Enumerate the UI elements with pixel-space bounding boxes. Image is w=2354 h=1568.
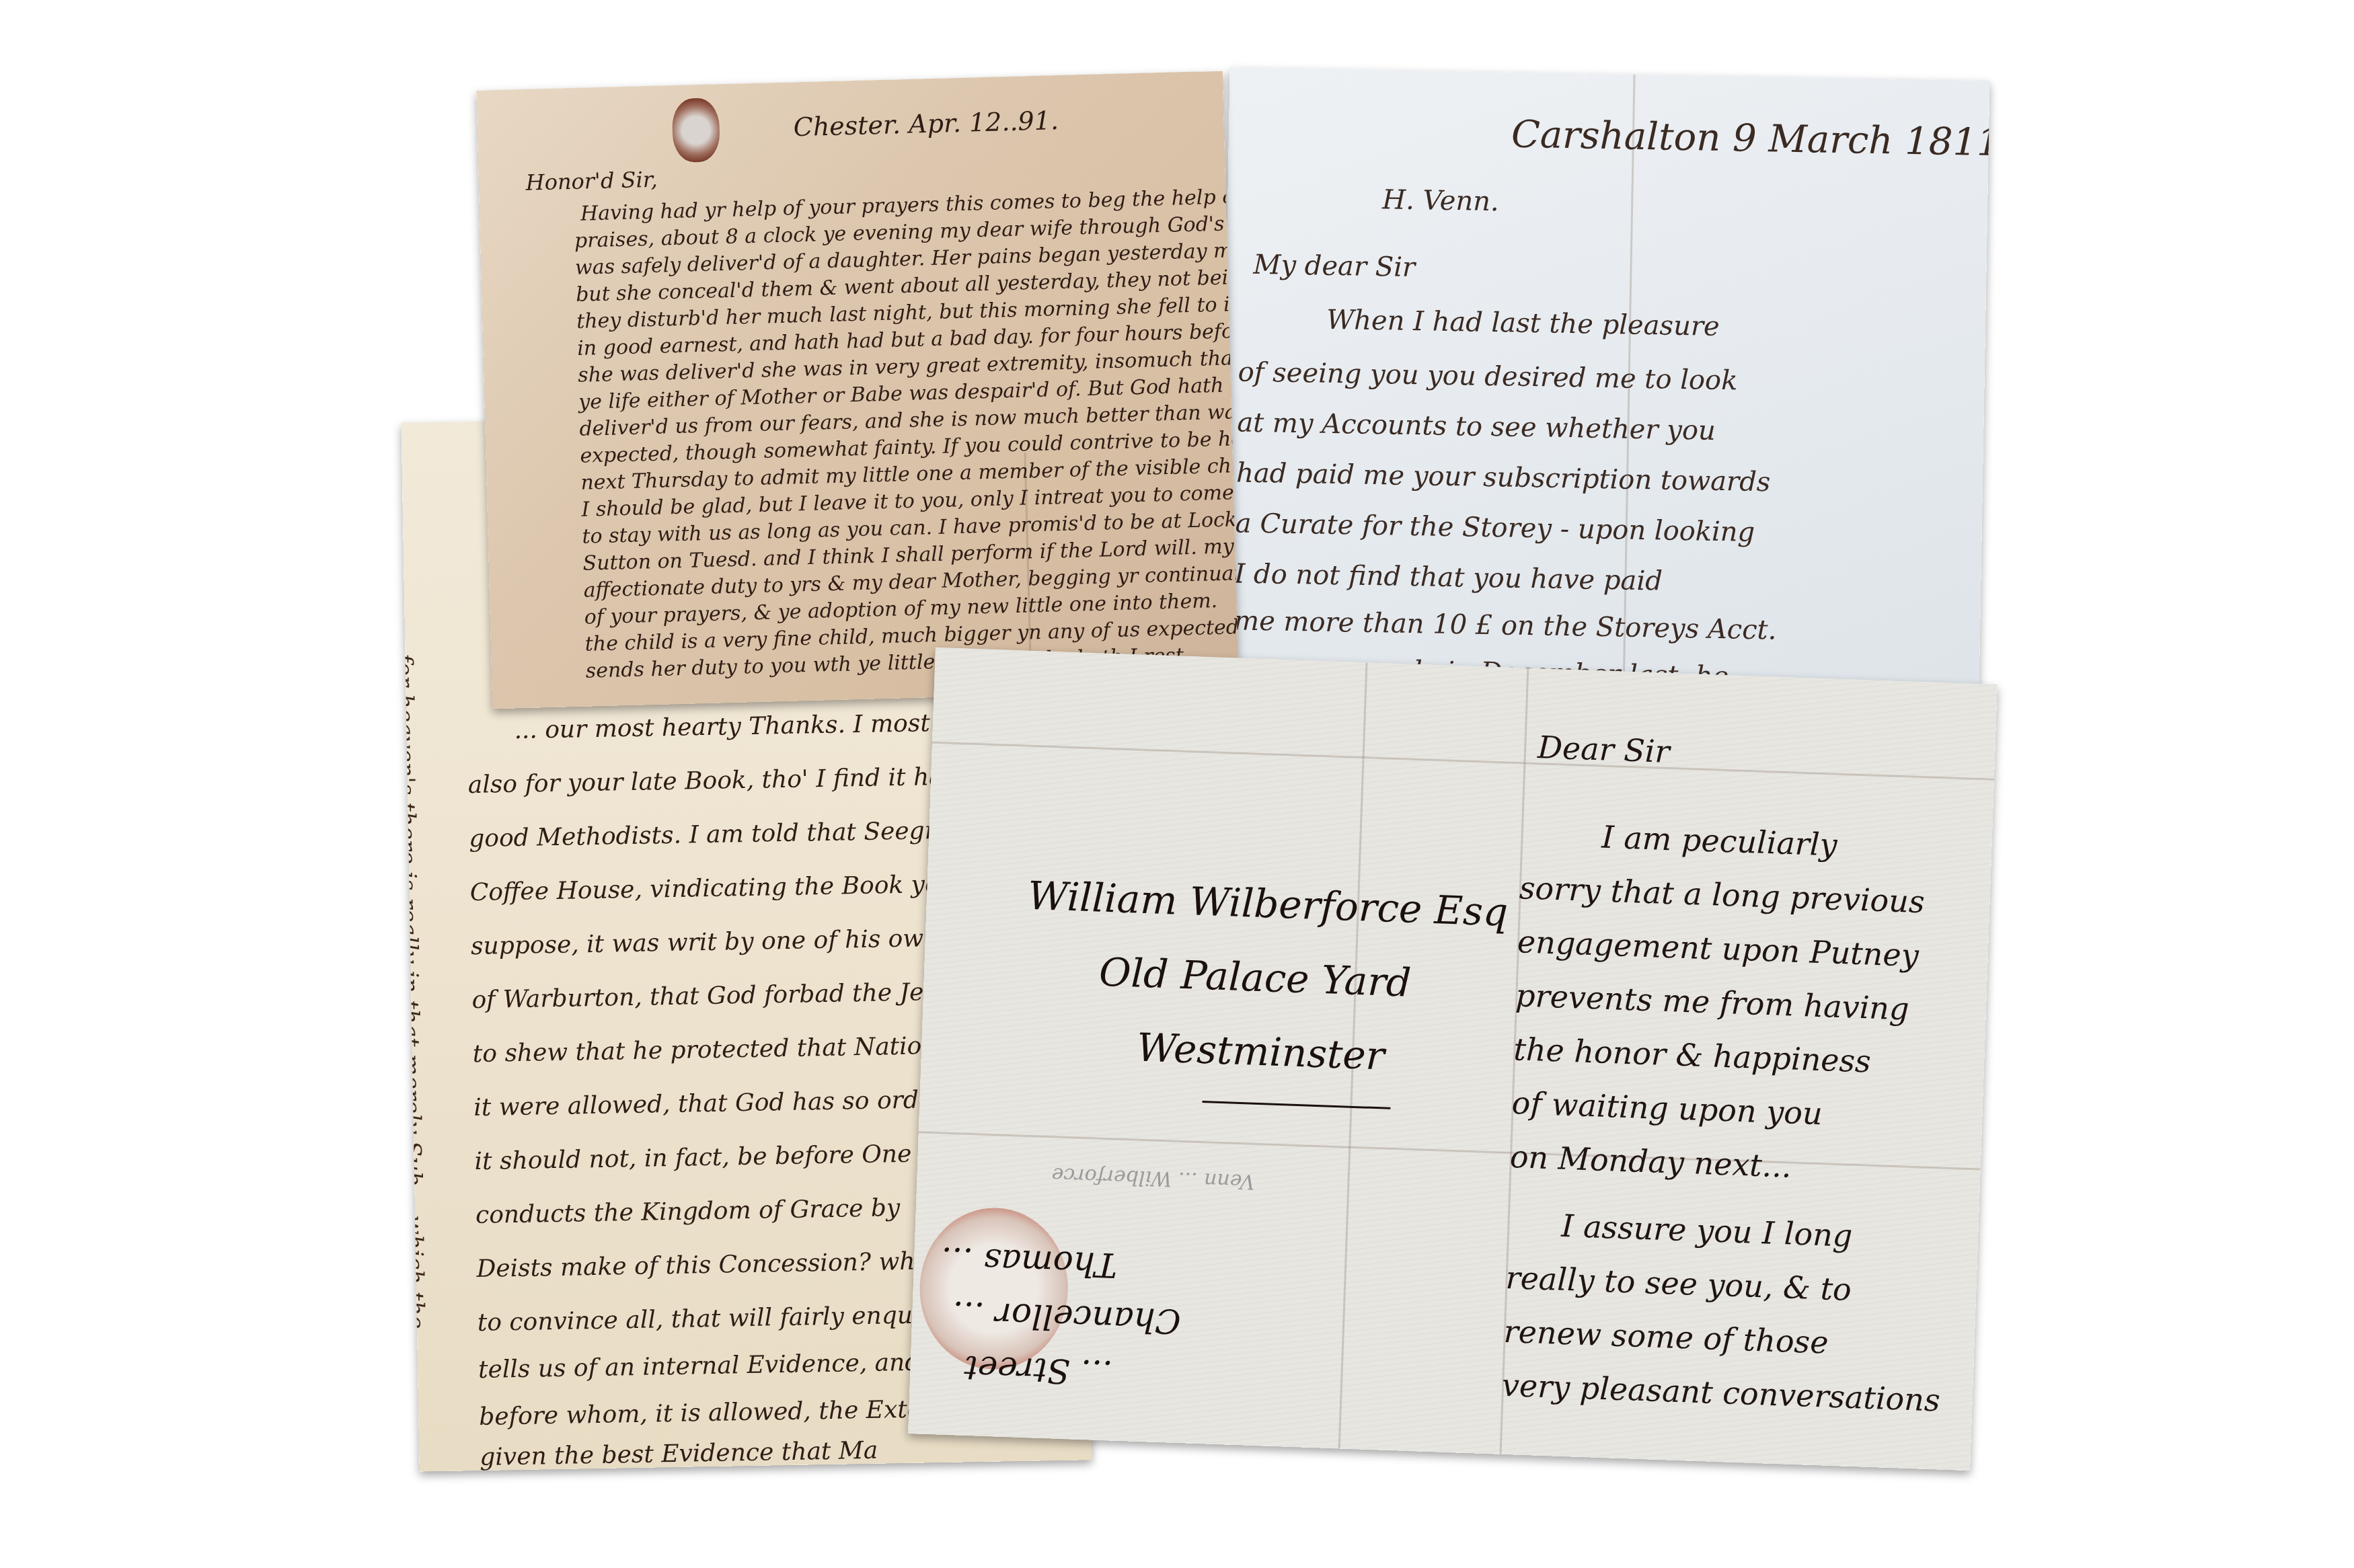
inverted-address-line: Chancellor ... (952, 1294, 1181, 1341)
letter-line: suppose, it was writ by one of his own (471, 925, 940, 960)
address-name: William Wilberforce Esq (1027, 873, 1509, 935)
wax-seal (917, 1206, 1071, 1372)
inverted-address-line: Thomas ... (940, 1240, 1118, 1285)
pencil-note: Venn ... Wilberforce (1051, 1163, 1255, 1193)
letter-line: also for your late Book, tho' I find it … (468, 763, 956, 799)
letter-line: Deists make of this Concession? when (476, 1247, 945, 1283)
salutation: Dear Sir (1537, 729, 1670, 770)
letter-line: I do not find that you have paid (1234, 558, 1663, 596)
letter-line: tells us of an internal Evidence, and (478, 1349, 921, 1384)
inverted-address-line: ... Street (964, 1348, 1114, 1393)
letter-line: very pleasant conversations (1501, 1367, 1940, 1419)
letter-line: the honor & happiness (1513, 1031, 1872, 1080)
letter-line: a Curate for the Storey - upon looking (1235, 508, 1755, 547)
letter-line: really to see you, & to (1505, 1259, 1852, 1308)
letter-line: When I had last the pleasure (1326, 305, 1720, 342)
letter-line: of seeing you you desired me to look (1238, 356, 1737, 396)
letter-line: Coffee House, vindicating the Book you (469, 871, 955, 907)
letter-line: at my Accounts to see whether you (1237, 407, 1716, 446)
letter-carshalton: Carshalton 9 March 1811 H. Venn. My dear… (1219, 67, 1990, 740)
letter-line: good Methodists. I am told that Seegrave (469, 816, 979, 853)
salutation: My dear Sir (1253, 249, 1415, 283)
letter-line: it were allowed, that God has so ordered (473, 1085, 975, 1122)
letter-line: it should not, in fact, be before One in (474, 1140, 942, 1175)
letter-line: to convince all, that will fairly enqu (477, 1302, 913, 1337)
address-street: Old Palace Yard (1098, 949, 1412, 1006)
letter-line: sorry that a long previous (1519, 869, 1925, 920)
place-date: Carshalton 9 March 1811 (1511, 113, 1989, 165)
letter-chester: Chester. Apr. 12..91. Honor'd Sir, Havin… (476, 71, 1239, 709)
letter-line: prevents me from having (1515, 977, 1909, 1027)
letter-line: had paid me your subscription towards (1236, 457, 1771, 498)
letter-line: conducts the Kingdom of Grace by (476, 1194, 901, 1229)
letter-line: I am peculiarly (1601, 819, 1838, 863)
address-city: Westminster (1136, 1025, 1385, 1079)
letter-wilberforce: William Wilberforce Esq Old Palace Yard … (908, 648, 1998, 1471)
margin-note: ... for heaven's there is really in that… (401, 624, 429, 1329)
letter-line: before whom, it is allowed, the Extern (479, 1395, 949, 1431)
address-underline (1203, 1101, 1391, 1109)
letter-line: given the best Evidence that Ma (480, 1437, 878, 1471)
letter-line: of waiting upon you (1511, 1085, 1823, 1132)
letter-line: to shew that he protected that Nation (473, 1032, 938, 1068)
letter-line: I assure you I long (1561, 1208, 1854, 1254)
place-date: Chester. Apr. 12..91. (793, 106, 1059, 142)
letter-line: on Monday next... (1509, 1138, 1792, 1185)
salutation: Honor'd Sir, (525, 167, 658, 196)
letter-line: engagement upon Putney (1517, 923, 1919, 974)
letter-line: renew some of those (1503, 1313, 1829, 1361)
letter-line: me more than 10 £ on the Storeys Acct. (1233, 605, 1777, 645)
recipient-note: H. Venn. (1382, 184, 1499, 217)
fold-crease (932, 742, 1994, 781)
letter-line: ... our most hearty Thanks. I most (514, 709, 930, 744)
wax-seal-remnant (672, 97, 720, 163)
letter-line: of Warburton, that God forbad the Jews (471, 978, 957, 1015)
